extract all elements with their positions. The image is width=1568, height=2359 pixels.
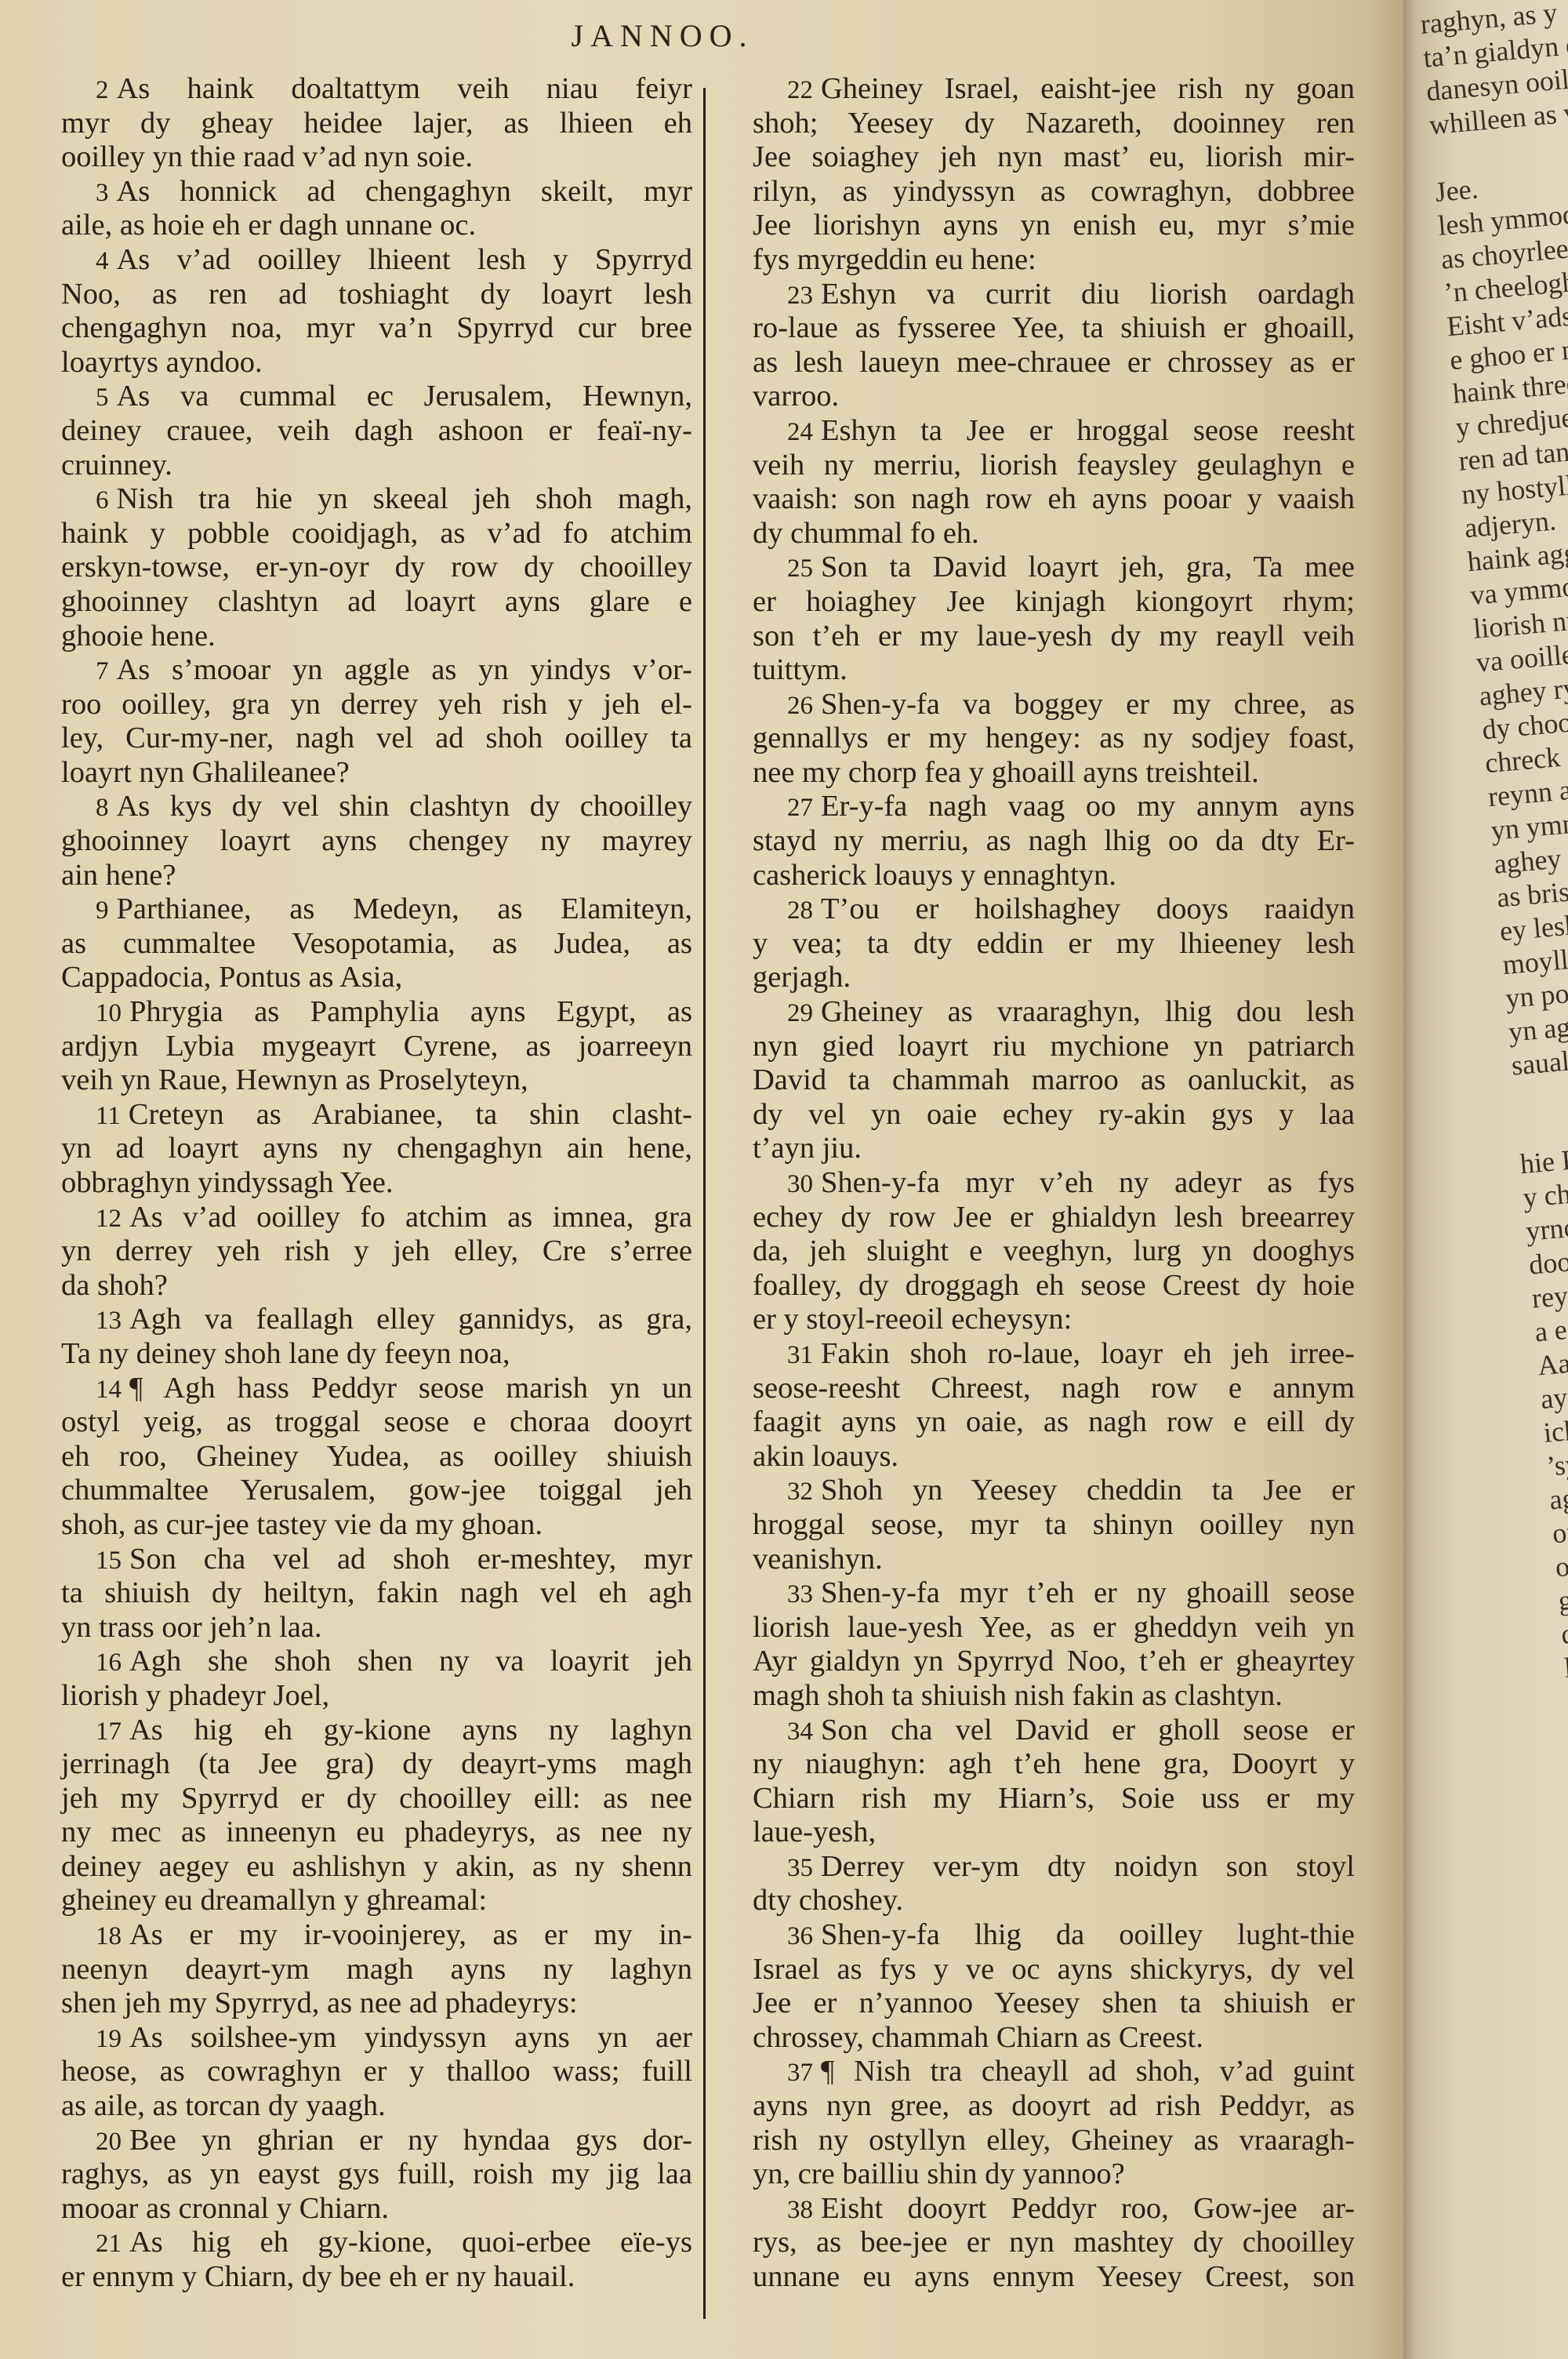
verse-text: hroggal seose, myr ta shinyn ooilley nyn — [753, 1508, 1355, 1541]
verse-text: nee my chorp fea y ghoaill ayns treishte… — [753, 756, 1259, 789]
verse-start-line: 19As soilshee-ym yindyssyn ayns yn aer — [61, 2021, 692, 2055]
text-line: as aile, as torcan dy yaagh. — [61, 2089, 692, 2124]
text-line: loayrtys ayndoo. — [61, 346, 692, 380]
verse-start-line: 38Eisht dooyrt Peddyr roo, Gow-jee ar- — [753, 2192, 1355, 2226]
verse-text: magh shoh ta shiuish nish fakin as clash… — [753, 1679, 1283, 1712]
verse-text: t’ayn jiu. — [753, 1132, 862, 1165]
text-line: ostyl yeig, as troggal seose e choraa do… — [61, 1405, 692, 1440]
verse-start-line: 2As haink doaltattym veih niau feiyr — [61, 72, 692, 107]
verse-number: 23 — [787, 282, 813, 310]
text-line: veih yn Raue, Hewnyn as Proselyteyn, — [61, 1063, 692, 1098]
text-line: ta shiuish dy heiltyn, fakin nagh vel eh… — [61, 1576, 692, 1611]
verse-text: da, jeh sluight e veeghyn, lurg yn doogh… — [753, 1234, 1355, 1267]
text-line: ro-laue as fysseree Yee, ta shiuish er g… — [753, 311, 1355, 346]
text-line: dy vel yn oaie echey ry-akin gys y laa — [753, 1098, 1355, 1132]
text-line: varroo. — [753, 380, 1355, 414]
verse-start-line: 15Son cha vel ad shoh er-meshtey, myr — [61, 1543, 692, 1577]
verse-number: 12 — [96, 1205, 122, 1233]
verse-text: ostyl yeig, as troggal seose e choraa do… — [61, 1405, 692, 1438]
running-head: JANNOO. — [533, 17, 792, 54]
verse-start-line: 9Parthianee, as Medeyn, as Elamiteyn, — [61, 892, 692, 927]
verse-text: ghooinney clashtyn ad loayrt ayns glare … — [61, 585, 692, 618]
verse-start-line: 8As kys dy vel shin clashtyn dy chooille… — [61, 790, 692, 824]
verse-text: nyn gied loayrt riu mychione yn patriarc… — [753, 1030, 1355, 1063]
verse-text: Agh va feallagh elley gannidys, as gra, — [129, 1303, 692, 1336]
verse-text: eh roo, Gheiney Yudea, as ooilley shiuis… — [61, 1440, 692, 1473]
text-line: chummaltee Yerusalem, gow-jee toiggal je… — [61, 1474, 692, 1508]
text-line: akin loauys. — [753, 1440, 1355, 1474]
text-line: yn trass oor jeh’n laa. — [61, 1611, 692, 1645]
text-line: gerjagh. — [753, 961, 1355, 995]
verse-number: 29 — [787, 999, 813, 1027]
text-line: tuittym. — [753, 653, 1355, 688]
verse-text: liorish laue-yesh Yee, as er gheddyn vei… — [753, 1611, 1355, 1644]
text-line: ayns nyn gree, as dooyrt ad rish Peddyr,… — [753, 2089, 1355, 2124]
verse-text: Cappadocia, Pontus as Asia, — [61, 961, 402, 994]
verse-text: akin loauys. — [753, 1440, 898, 1473]
verse-text: ¶ Agh hass Peddyr seose marish yn un — [129, 1372, 692, 1405]
verse-number: 2 — [96, 76, 109, 104]
text-line: er hoiaghey Jee kinjagh kiongoyrt rhym; — [753, 585, 1355, 620]
verse-text: shoh; Yeesey dy Nazareth, dooinney ren — [753, 107, 1355, 140]
verse-text: seose-reesht Chreest, nagh row e annym — [753, 1372, 1355, 1405]
text-line: yn derrey yeh rish y jeh elley, Cre s’er… — [61, 1234, 692, 1269]
verse-text: Shen-y-fa lhig da ooilley lught-thie — [821, 1918, 1355, 1951]
text-line: seose-reesht Chreest, nagh row e annym — [753, 1372, 1355, 1406]
verse-number: 38 — [787, 2196, 813, 2224]
text-line: yn, cre bailliu shin dy yannoo? — [753, 2157, 1355, 2192]
verse-text: unnane eu ayns ennym Yeesey Creest, son — [753, 2260, 1355, 2293]
verse-text: deiney crauee, veih dagh ashoon er feaï-… — [61, 414, 692, 447]
text-line: loayrt nyn Ghalileanee? — [61, 756, 692, 791]
verse-start-line: 7As s’mooar yn aggle as yn yindys v’or- — [61, 653, 692, 688]
verse-start-line: 22Gheiney Israel, eaisht-jee rish ny goa… — [753, 72, 1355, 107]
verse-text: myr dy gheay heidee lajer, as lhieen eh — [61, 107, 692, 140]
verse-text: laue-yesh, — [753, 1816, 876, 1848]
text-line: laue-yesh, — [753, 1816, 1355, 1850]
verse-text: ayns nyn gree, as dooyrt ad rish Peddyr,… — [753, 2089, 1355, 2122]
verse-text: cruinney. — [61, 449, 172, 482]
verse-text: Bee yn ghrian er ny hyndaa gys dor- — [129, 2124, 692, 2157]
text-line: obbraghyn yindyssagh Yee. — [61, 1166, 692, 1201]
text-line: gheiney eu dreamallyn y ghreamal: — [61, 1884, 692, 1918]
text-line: erskyn-towse, er-yn-oyr dy row dy chooil… — [61, 551, 692, 585]
verse-text: ley, Cur-my-ner, nagh vel ad shoh ooille… — [61, 722, 692, 754]
verse-text: loayrt nyn Ghalileanee? — [61, 756, 350, 789]
verse-start-line: 35Derrey ver-ym dty noidyn son stoyl — [753, 1850, 1355, 1885]
verse-text: as aile, as torcan dy yaagh. — [61, 2089, 386, 2122]
verse-text: T’ou er hoilshaghey dooys raaidyn — [821, 892, 1355, 925]
text-line: eh roo, Gheiney Yudea, as ooilley shiuis… — [61, 1440, 692, 1474]
text-line: liorish laue-yesh Yee, as er gheddyn vei… — [753, 1611, 1355, 1645]
verse-text: stayd ny merriu, as nagh lhig oo da dty … — [753, 824, 1355, 857]
verse-text: Noo, as ren ad toshiaght dy loayrt lesh — [61, 278, 692, 311]
verse-text: Chiarn rish my Hiarn’s, Soie uss er my — [753, 1782, 1355, 1815]
verse-text: As honnick ad chengaghyn skeilt, myr — [117, 175, 693, 208]
text-line: chrossey, chammah Chiarn as Creest. — [753, 2021, 1355, 2055]
text-line: as cummaltee Vesopotamia, as Judea, as — [61, 927, 692, 961]
verse-text: As hig eh gy-kione, quoi-erbee eïe-ys — [129, 2226, 692, 2259]
verse-number: 8 — [96, 794, 109, 822]
text-line: shoh, as cur-jee tastey vie da my ghoan. — [61, 1508, 692, 1543]
text-line: liorish y phadeyr Joel, — [61, 1679, 692, 1714]
verse-text: er hoiaghey Jee kinjagh kiongoyrt rhym; — [753, 585, 1355, 618]
text-line: son t’eh er my laue-yesh dy my reayll ve… — [753, 620, 1355, 654]
right-column: 22Gheiney Israel, eaisht-jee rish ny goa… — [753, 72, 1355, 2295]
verse-text: casherick loauys y ennaghtyn. — [753, 859, 1116, 892]
verse-text: Shen-y-fa myr v’eh ny adeyr as fys — [821, 1166, 1355, 1199]
verse-text: erskyn-towse, er-yn-oyr dy row dy chooil… — [61, 551, 692, 583]
text-line: ny niaughyn: agh t’eh hene gra, Dooyrt y — [753, 1747, 1355, 1782]
text-line: Israel as fys y ve oc ayns shickyrys, dy… — [753, 1953, 1355, 1987]
verse-text: ghooie hene. — [61, 620, 216, 652]
verse-text: As haink doaltattym veih niau feiyr — [117, 72, 693, 105]
verse-start-line: 6Nish tra hie yn skeeal jeh shoh magh, — [61, 482, 692, 517]
verse-text: Son cha vel ad shoh er-meshtey, myr — [129, 1543, 692, 1576]
verse-text: chengaghyn noa, myr va’n Spyrryd cur bre… — [61, 311, 692, 344]
verse-number: 27 — [787, 794, 813, 822]
verse-text: Creteyn as Arabianee, ta shin clasht- — [129, 1098, 692, 1131]
verse-text: dty choshey. — [753, 1884, 903, 1917]
verse-start-line: 36Shen-y-fa lhig da ooilley lught-thie — [753, 1918, 1355, 1953]
verse-text: yn trass oor jeh’n laa. — [61, 1611, 322, 1644]
verse-number: 3 — [96, 179, 109, 207]
verse-number: 24 — [787, 418, 813, 446]
verse-number: 13 — [96, 1307, 122, 1335]
text-line: ghooinney clashtyn ad loayrt ayns glare … — [61, 585, 692, 620]
verse-text: Phrygia as Pamphylia ayns Egypt, as — [129, 995, 692, 1028]
verse-text: As s’mooar yn aggle as yn yindys v’or- — [117, 653, 693, 686]
verse-text: er y stoyl-reeoil echeysyn: — [753, 1303, 1072, 1336]
verse-text: loayrtys ayndoo. — [61, 346, 263, 379]
verse-text: ain hene? — [61, 859, 176, 892]
text-line: jerrinagh (ta Jee gra) dy deayrt-yms mag… — [61, 1747, 692, 1782]
verse-text: gheiney eu dreamallyn y ghreamal: — [61, 1884, 487, 1917]
verse-start-line: 12As v’ad ooilley fo atchim as imnea, gr… — [61, 1201, 692, 1235]
verse-start-line: 30Shen-y-fa myr v’eh ny adeyr as fys — [753, 1166, 1355, 1201]
text-line: jeh my Spyrryd er dy chooilley eill: as … — [61, 1782, 692, 1816]
verse-text: faagit ayns yn oaie, as nagh row e eill … — [753, 1405, 1355, 1438]
text-line: gennallys er my hengey: as ny sodjey foa… — [753, 722, 1355, 756]
verse-start-line: 33Shen-y-fa myr t’eh er ny ghoaill seose — [753, 1576, 1355, 1611]
book-page: JANNOO. 2As haink doaltattym veih niau f… — [0, 0, 1411, 2359]
verse-text: raghys, as yn eayst gys fuill, roish my … — [61, 2157, 692, 2190]
verse-start-line: 17As hig eh gy-kione ayns ny laghyn — [61, 1714, 692, 1748]
verse-text: Gheiney Israel, eaisht-jee rish ny goan — [821, 72, 1355, 105]
text-line: Jee soiaghey jeh nyn mast’ eu, liorish m… — [753, 140, 1355, 175]
text-line: da shoh? — [61, 1269, 692, 1303]
text-line: er ennym y Chiarn, dy bee eh er ny hauai… — [61, 2260, 692, 2295]
verse-start-line: 29Gheiney as vraaraghyn, lhig dou lesh — [753, 995, 1355, 1030]
text-line: stayd ny merriu, as nagh lhig oo da dty … — [753, 824, 1355, 859]
verse-text: roo ooilley, gra yn derrey yeh rish y je… — [61, 688, 692, 721]
verse-text: Son cha vel David er gholl seose er — [821, 1714, 1355, 1747]
verse-text: veanishyn. — [753, 1543, 883, 1576]
verse-text: As soilshee-ym yindyssyn ayns yn aer — [129, 2021, 692, 2054]
text-line: yn ad loayrt ayns ny chengaghyn ain hene… — [61, 1132, 692, 1166]
verse-text: Ta ny deiney shoh lane dy feeyn noa, — [61, 1337, 510, 1370]
verse-number: 7 — [96, 657, 109, 685]
verse-text: David ta chammah marroo as oanluckit, as — [753, 1063, 1355, 1096]
text-line: unnane eu ayns ennym Yeesey Creest, son — [753, 2260, 1355, 2295]
verse-number: 35 — [787, 1854, 813, 1882]
text-line: Jee er n’yannoo Yeesey shen ta shiuish e… — [753, 1986, 1355, 2021]
verse-text: rys, as bee-jee er nyn mashtey dy chooil… — [753, 2226, 1355, 2259]
verse-number: 37 — [787, 2059, 813, 2087]
text-line: rilyn, as yindyssyn as cowraghyn, dobbre… — [753, 175, 1355, 209]
verse-text: Jee soiaghey jeh nyn mast’ eu, liorish m… — [753, 140, 1355, 173]
verse-start-line: 26Shen-y-fa va boggey er my chree, as — [753, 688, 1355, 722]
text-line: deiney aegey eu ashlishyn y akin, as ny … — [61, 1850, 692, 1885]
verse-text: Agh she shoh shen ny va loayrit jeh — [129, 1645, 692, 1677]
text-line: ghooinney loayrt ayns chengey ny mayrey — [61, 824, 692, 859]
verse-text: ghooinney loayrt ayns chengey ny mayrey — [61, 824, 692, 857]
text-line: foalley, dy droggagh eh seose Creest dy … — [753, 1269, 1355, 1303]
verse-text: As va cummal ec Jerusalem, Hewnyn, — [117, 380, 693, 413]
verse-text: Eshyn va currit diu liorish oardagh — [821, 278, 1355, 311]
verse-number: 19 — [96, 2025, 122, 2053]
text-line: chengaghyn noa, myr va’n Spyrryd cur bre… — [61, 311, 692, 346]
text-line: roo ooilley, gra yn derrey yeh rish y je… — [61, 688, 692, 722]
text-line: veih ny merriu, liorish feaysley geulagh… — [753, 449, 1355, 483]
text-line: myr dy gheay heidee lajer, as lhieen eh — [61, 107, 692, 141]
text-line: shoh; Yeesey dy Nazareth, dooinney ren — [753, 107, 1355, 141]
text-line: er y stoyl-reeoil echeysyn: — [753, 1303, 1355, 1337]
left-column: 2As haink doaltattym veih niau feiyrmyr … — [61, 72, 692, 2295]
text-line: y vea; ta dty eddin er my lhieeney lesh — [753, 927, 1355, 961]
text-line: as lesh laueyn mee-chrauee er chrossey a… — [753, 346, 1355, 380]
verse-text: Er-y-fa nagh vaag oo my annym ayns — [821, 790, 1355, 823]
verse-text: aile, as hoie eh er dagh unnane oc. — [61, 209, 476, 242]
verse-start-line: 32Shoh yn Yeesey cheddin ta Jee er — [753, 1474, 1355, 1508]
verse-text: chummaltee Yerusalem, gow-jee toiggal je… — [61, 1474, 692, 1507]
verse-text: Jee liorishyn ayns yn enish eu, myr s’mi… — [753, 209, 1355, 242]
verse-text: heose, as cowraghyn er y thalloo wass; f… — [61, 2055, 692, 2088]
verse-number: 21 — [96, 2230, 122, 2258]
verse-text: ooilley yn thie raad v’ad nyn soie. — [61, 140, 473, 173]
verse-number: 31 — [787, 1341, 813, 1369]
verse-text: foalley, dy droggagh eh seose Creest dy … — [753, 1269, 1355, 1302]
verse-start-line: 20Bee yn ghrian er ny hyndaa gys dor- — [61, 2124, 692, 2158]
verse-text: yn, cre bailliu shin dy yannoo? — [753, 2157, 1125, 2190]
verse-text: varroo. — [753, 380, 839, 413]
verse-start-line: 27Er-y-fa nagh vaag oo my annym ayns — [753, 790, 1355, 824]
verse-number: 11 — [96, 1102, 121, 1130]
text-line: rish ny ostyllyn elley, Gheiney as vraar… — [753, 2124, 1355, 2158]
verse-text: rish ny ostyllyn elley, Gheiney as vraar… — [753, 2124, 1355, 2157]
adjacent-page-text: raghyn, as yta’n gialdyn diudanesyn ooil… — [1419, 0, 1568, 2156]
verse-start-line: 13Agh va feallagh elley gannidys, as gra… — [61, 1303, 692, 1337]
verse-text: deiney aegey eu ashlishyn y akin, as ny … — [61, 1850, 692, 1883]
verse-text: rilyn, as yindyssyn as cowraghyn, dobbre… — [753, 175, 1355, 208]
text-line: Ayr gialdyn yn Spyrryd Noo, t’eh er ghea… — [753, 1645, 1355, 1679]
text-line: t’ayn jiu. — [753, 1132, 1355, 1166]
verse-start-line: 34Son cha vel David er gholl seose er — [753, 1714, 1355, 1748]
verse-number: 28 — [787, 896, 813, 925]
text-line: fys myrgeddin eu hene: — [753, 243, 1355, 278]
text-line: ghooie hene. — [61, 620, 692, 654]
adjacent-page-edge: raghyn, as yta’n gialdyn diudanesyn ooil… — [1403, 0, 1568, 2359]
verse-text: ta shiuish dy heiltyn, fakin nagh vel eh… — [61, 1576, 692, 1609]
text-line: magh shoh ta shiuish nish fakin as clash… — [753, 1679, 1355, 1714]
verse-start-line: 14¶ Agh hass Peddyr seose marish yn un — [61, 1372, 692, 1406]
verse-text: Shoh yn Yeesey cheddin ta Jee er — [821, 1474, 1355, 1507]
verse-number: 5 — [96, 383, 109, 412]
verse-text: da shoh? — [61, 1269, 168, 1302]
text-line: ooilley yn thie raad v’ad nyn soie. — [61, 140, 692, 175]
text-line: heose, as cowraghyn er y thalloo wass; f… — [61, 2055, 692, 2089]
verse-text: son t’eh er my laue-yesh dy my reayll ve… — [753, 620, 1355, 652]
verse-number: 26 — [787, 692, 813, 720]
text-line: faagit ayns yn oaie, as nagh row e eill … — [753, 1405, 1355, 1440]
verse-text: As v’ad ooilley lhieent lesh y Spyrryd — [117, 243, 693, 276]
verse-number: 22 — [787, 76, 813, 104]
text-line: neenyn deayrt-ym magh ayns ny laghyn — [61, 1953, 692, 1987]
verse-number: 6 — [96, 486, 109, 514]
verse-text: as cummaltee Vesopotamia, as Judea, as — [61, 927, 692, 960]
verse-start-line: 31Fakin shoh ro-laue, loayr eh jeh irree… — [753, 1337, 1355, 1372]
verse-start-line: 16Agh she shoh shen ny va loayrit jeh — [61, 1645, 692, 1679]
verse-start-line: 23Eshyn va currit diu liorish oardagh — [753, 278, 1355, 312]
verse-text: Derrey ver-ym dty noidyn son stoyl — [821, 1850, 1355, 1883]
verse-text: gennallys er my hengey: as ny sodjey foa… — [753, 722, 1355, 754]
text-line: ley, Cur-my-ner, nagh vel ad shoh ooille… — [61, 722, 692, 756]
verse-number: 20 — [96, 2128, 122, 2156]
verse-start-line: 3As honnick ad chengaghyn skeilt, myr — [61, 175, 692, 209]
verse-text: yn ad loayrt ayns ny chengaghyn ain hene… — [61, 1132, 692, 1165]
verse-text: ro-laue as fysseree Yee, ta shiuish er g… — [753, 311, 1355, 344]
text-line: hroggal seose, myr ta shinyn ooilley nyn — [753, 1508, 1355, 1543]
text-line: Cappadocia, Pontus as Asia, — [61, 961, 692, 995]
verse-text: as lesh laueyn mee-chrauee er chrossey a… — [753, 346, 1355, 379]
verse-text: mooar as cronnal y Chiarn. — [61, 2192, 389, 2225]
verse-text: jeh my Spyrryd er dy chooilley eill: as … — [61, 1782, 692, 1815]
verse-text: jerrinagh (ta Jee gra) dy deayrt-yms mag… — [61, 1747, 692, 1780]
verse-number: 36 — [787, 1922, 813, 1950]
verse-text: echey dy row Jee er ghialdyn lesh breear… — [753, 1201, 1355, 1234]
verse-text: Eshyn ta Jee er hroggal seose reesht — [821, 414, 1355, 447]
verse-text: Ayr gialdyn yn Spyrryd Noo, t’eh er ghea… — [753, 1645, 1355, 1677]
verse-text: ¶ Nish tra cheayll ad shoh, v’ad guint — [821, 2055, 1355, 2088]
column-divider — [703, 88, 706, 2319]
verse-start-line: 37¶ Nish tra cheayll ad shoh, v’ad guint — [753, 2055, 1355, 2089]
verse-text: As hig eh gy-kione ayns ny laghyn — [129, 1714, 692, 1747]
verse-text: dy chummal fo eh. — [753, 517, 979, 550]
text-line: da, jeh sluight e veeghyn, lurg yn doogh… — [753, 1234, 1355, 1269]
verse-number: 33 — [787, 1580, 813, 1608]
verse-text: Jee er n’yannoo Yeesey shen ta shiuish e… — [753, 1986, 1355, 2019]
verse-text: tuittym. — [753, 653, 848, 686]
verse-text: chrossey, chammah Chiarn as Creest. — [753, 2021, 1203, 2054]
verse-text: As er my ir-vooinjerey, as er my in- — [129, 1918, 692, 1951]
verse-text: liorish y phadeyr Joel, — [61, 1679, 329, 1712]
verse-start-line: 24Eshyn ta Jee er hroggal seose reesht — [753, 414, 1355, 449]
verse-text: dy vel yn oaie echey ry-akin gys y laa — [753, 1098, 1355, 1131]
verse-start-line: 28T’ou er hoilshaghey dooys raaidyn — [753, 892, 1355, 927]
text-line: raghys, as yn eayst gys fuill, roish my … — [61, 2157, 692, 2192]
text-line: haink y pobble cooidjagh, as v’ad fo atc… — [61, 517, 692, 551]
verse-number: 32 — [787, 1478, 813, 1506]
verse-start-line: 10Phrygia as Pamphylia ayns Egypt, as — [61, 995, 692, 1030]
verse-text: Gheiney as vraaraghyn, lhig dou lesh — [821, 995, 1355, 1028]
text-line: shen jeh my Spyrryd, as nee ad phadeyrys… — [61, 1986, 692, 2021]
text-line: Ta ny deiney shoh lane dy feeyn noa, — [61, 1337, 692, 1372]
text-line: vaaish: son nagh row eh ayns pooar y vaa… — [753, 482, 1355, 517]
verse-text: Nish tra hie yn skeeal jeh shoh magh, — [117, 482, 693, 515]
text-line: Jee liorishyn ayns yn enish eu, myr s’mi… — [753, 209, 1355, 243]
text-line: echey dy row Jee er ghialdyn lesh breear… — [753, 1201, 1355, 1235]
verse-text: Israel as fys y ve oc ayns shickyrys, dy… — [753, 1953, 1355, 1986]
verse-text: Parthianee, as Medeyn, as Elamiteyn, — [117, 892, 693, 925]
verse-number: 34 — [787, 1717, 813, 1746]
text-line: mooar as cronnal y Chiarn. — [61, 2192, 692, 2226]
verse-text: shoh, as cur-jee tastey vie da my ghoan. — [61, 1508, 543, 1541]
text-line: casherick loauys y ennaghtyn. — [753, 859, 1355, 893]
verse-text: ardjyn Lybia mygeayrt Cyrene, as joarree… — [61, 1030, 692, 1063]
verse-text: Fakin shoh ro-laue, loayr eh jeh irree- — [821, 1337, 1355, 1370]
verse-number: 16 — [96, 1648, 122, 1677]
verse-number: 14 — [96, 1376, 122, 1404]
verse-number: 25 — [787, 554, 813, 583]
verse-start-line: 11Creteyn as Arabianee, ta shin clasht- — [61, 1098, 692, 1132]
verse-text: fys myrgeddin eu hene: — [753, 243, 1036, 276]
verse-text: ny mec as inneenyn eu phadeyrys, as nee … — [61, 1816, 692, 1848]
verse-text: Shen-y-fa va boggey er my chree, as — [821, 688, 1355, 721]
verse-number: 30 — [787, 1170, 813, 1198]
text-line: ny mec as inneenyn eu phadeyrys, as nee … — [61, 1816, 692, 1850]
text-line: nee my chorp fea y ghoaill ayns treishte… — [753, 756, 1355, 791]
verse-number: 18 — [96, 1922, 122, 1950]
verse-text: As kys dy vel shin clashtyn dy chooilley — [117, 790, 693, 823]
verse-number: 4 — [96, 247, 109, 275]
text-line: dty choshey. — [753, 1884, 1355, 1918]
verse-text: veih yn Raue, Hewnyn as Proselyteyn, — [61, 1063, 528, 1096]
verse-text: er ennym y Chiarn, dy bee eh er ny hauai… — [61, 2260, 575, 2293]
text-line: Chiarn rish my Hiarn’s, Soie uss er my — [753, 1782, 1355, 1816]
text-line: veanishyn. — [753, 1543, 1355, 1577]
text-line: dy chummal fo eh. — [753, 517, 1355, 551]
verse-number: 15 — [96, 1547, 122, 1575]
verse-number: 10 — [96, 999, 122, 1027]
verse-text: obbraghyn yindyssagh Yee. — [61, 1166, 393, 1199]
verse-start-line: 5As va cummal ec Jerusalem, Hewnyn, — [61, 380, 692, 414]
verse-start-line: 21As hig eh gy-kione, quoi-erbee eïe-ys — [61, 2226, 692, 2260]
text-line: ain hene? — [61, 859, 692, 893]
verse-text: Eisht dooyrt Peddyr roo, Gow-jee ar- — [821, 2192, 1355, 2225]
text-line: ardjyn Lybia mygeayrt Cyrene, as joarree… — [61, 1030, 692, 1064]
verse-number: 9 — [96, 896, 109, 925]
verse-text: neenyn deayrt-ym magh ayns ny laghyn — [61, 1953, 692, 1986]
verse-start-line: 18As er my ir-vooinjerey, as er my in- — [61, 1918, 692, 1953]
verse-text: As v’ad ooilley fo atchim as imnea, gra — [129, 1201, 692, 1234]
verse-text: Shen-y-fa myr t’eh er ny ghoaill seose — [821, 1576, 1355, 1609]
verse-text: haink y pobble cooidjagh, as v’ad fo atc… — [61, 517, 692, 550]
verse-text: y vea; ta dty eddin er my lhieeney lesh — [753, 927, 1355, 960]
verse-text: veih ny merriu, liorish feaysley geulagh… — [753, 449, 1355, 482]
verse-start-line: 25Son ta David loayrt jeh, gra, Ta mee — [753, 551, 1355, 585]
text-line: Noo, as ren ad toshiaght dy loayrt lesh — [61, 278, 692, 312]
verse-text: gerjagh. — [753, 961, 851, 994]
verse-number: 17 — [96, 1717, 122, 1746]
text-line: aile, as hoie eh er dagh unnane oc. — [61, 209, 692, 243]
verse-text: Son ta David loayrt jeh, gra, Ta mee — [821, 551, 1355, 583]
verse-text: ny niaughyn: agh t’eh hene gra, Dooyrt y — [753, 1747, 1355, 1780]
text-line: cruinney. — [61, 449, 692, 483]
verse-text: vaaish: son nagh row eh ayns pooar y vaa… — [753, 482, 1355, 515]
text-line: rys, as bee-jee er nyn mashtey dy chooil… — [753, 2226, 1355, 2260]
text-line: David ta chammah marroo as oanluckit, as — [753, 1063, 1355, 1098]
verse-text: shen jeh my Spyrryd, as nee ad phadeyrys… — [61, 1986, 578, 2019]
